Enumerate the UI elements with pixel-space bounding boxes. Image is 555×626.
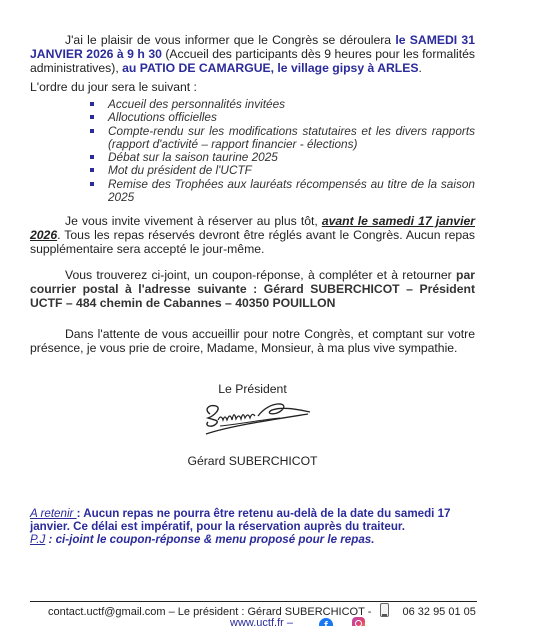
footer-contact[interactable]: contact.uctf@gmail.com – Le président : … (48, 606, 371, 618)
important-note: A retenir : Aucun repas ne pourra être r… (30, 507, 475, 546)
coupon-paragraph: Vous trouverez ci-joint, un coupon-répon… (30, 268, 475, 310)
note-body: : Aucun repas ne pourra être retenu au-d… (30, 507, 451, 533)
agenda-item-text: Allocutions officielles (108, 110, 217, 124)
agenda-item-text: Accueil des personnalités invitées (108, 97, 285, 111)
footer-phone: 06 32 95 01 05 (402, 606, 475, 618)
footer-divider (30, 601, 477, 602)
intro-paragraph: J'ai le plaisir de vous informer que le … (30, 33, 475, 75)
agenda-item: Mot du président de l'UCTF (90, 164, 475, 177)
intro-end: . (419, 61, 422, 75)
agenda-list: Accueil des personnalités invitées Alloc… (90, 98, 475, 204)
agenda-item-text: Compte-rendu sur les modifications statu… (108, 124, 475, 151)
phone-icon (380, 603, 389, 617)
agenda-item-text: Débat sur la saison taurine 2025 (108, 150, 278, 164)
agenda-item: Débat sur la saison taurine 2025 (90, 151, 475, 164)
attachments-text: : ci-joint le coupon-réponse & menu prop… (45, 533, 374, 546)
agenda-item: Accueil des personnalités invitées (90, 98, 475, 111)
instagram-icon[interactable] (352, 617, 365, 626)
bullet-icon (90, 168, 94, 172)
bullet-icon (90, 115, 94, 119)
footer-website[interactable]: www.uctf.fr – (230, 616, 293, 626)
agenda-item-text: Mot du président de l'UCTF (108, 163, 252, 177)
agenda-heading: L'ordre du jour sera le suivant : (30, 80, 475, 94)
note-paragraph: A retenir : Aucun repas ne pourra être r… (30, 507, 475, 533)
agenda-item: Remise des Trophées aux lauréats récompe… (90, 178, 475, 205)
attachments-label: P.J (30, 533, 45, 546)
note-label: A retenir (30, 507, 77, 520)
bullet-icon (90, 155, 94, 159)
agenda-item-text: Remise des Trophées aux lauréats récompe… (108, 177, 475, 204)
bullet-icon (90, 129, 94, 133)
handwritten-signature-icon (200, 396, 320, 441)
agenda-item: Compte-rendu sur les modifications statu… (90, 125, 475, 152)
agenda-item: Allocutions officielles (90, 111, 475, 124)
intro-lead: J'ai le plaisir de vous informer que le … (65, 33, 395, 47)
bullet-icon (90, 182, 94, 186)
reservation-paragraph: Je vous invite vivement à réserver au pl… (30, 214, 475, 256)
facebook-icon[interactable]: f (319, 618, 333, 626)
reservation-rest: . Tous les repas réservés devront être r… (30, 228, 475, 256)
attachments-line: P.J : ci-joint le coupon-réponse & menu … (30, 533, 475, 546)
congress-venue: au PATIO DE CAMARGUE, le village gipsy à… (122, 61, 418, 75)
bullet-icon (90, 102, 94, 106)
closing-paragraph: Dans l'attente de vous accueillir pour n… (30, 327, 475, 355)
signatory-name: Gérard SUBERCHICOT (30, 454, 475, 468)
coupon-lead: Vous trouverez ci-joint, un coupon-répon… (65, 268, 456, 282)
signature-title: Le Président (30, 382, 475, 396)
reservation-lead: Je vous invite vivement à réserver au pl… (65, 214, 322, 228)
